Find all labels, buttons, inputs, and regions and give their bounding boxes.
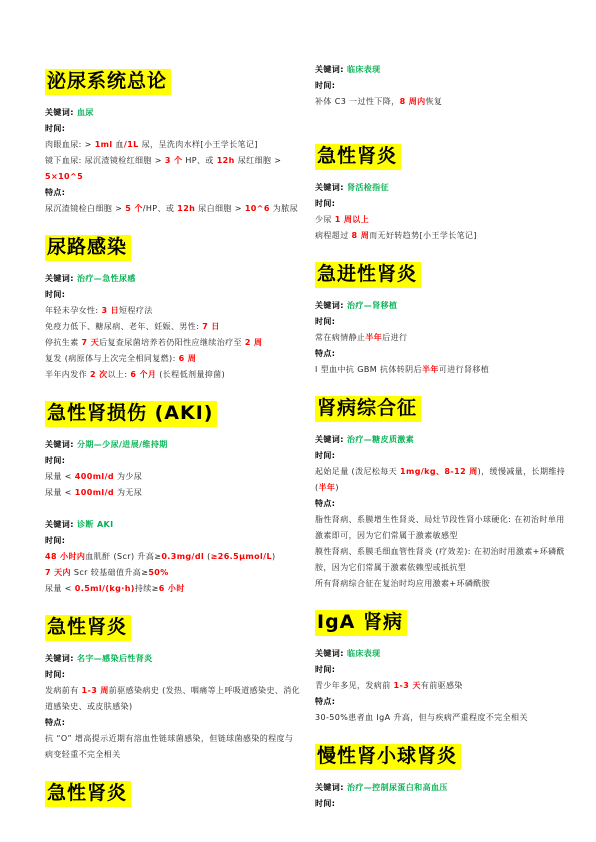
text-segment-red: 1-3 天 bbox=[394, 681, 421, 690]
text-segment: I 型血中抗 GBM 抗体转阴后 bbox=[315, 365, 422, 374]
note-line: 时间: bbox=[315, 662, 571, 678]
text-segment-green: 治疗—糖皮质激素 bbox=[347, 435, 414, 444]
section-heading-highlight: 急性肾损伤 (AKI) bbox=[45, 401, 217, 427]
section-heading: 急性肾炎 bbox=[315, 144, 571, 170]
text-segment-red: 10^6 bbox=[245, 204, 270, 213]
text-segment-green: 治疗—控制尿蛋白和高血压 bbox=[347, 783, 448, 792]
text-segment-red: 6 小时 bbox=[159, 584, 185, 593]
text-segment-label: 关键词: bbox=[45, 520, 77, 529]
section-heading-highlight: 急性肾炎 bbox=[45, 781, 131, 807]
text-segment: 病程超过 bbox=[315, 231, 352, 240]
section-heading: 急进性肾炎 bbox=[315, 262, 571, 288]
text-segment-red: 5 个 bbox=[125, 204, 143, 213]
note-line: 关键词: 临床表现 bbox=[315, 62, 571, 78]
text-segment-label: 时间: bbox=[315, 199, 335, 208]
text-segment-red: 6 个月 bbox=[130, 370, 156, 379]
text-segment-green: 临床表现 bbox=[347, 65, 381, 74]
note-line: 停抗生素 7 天后复查尿菌培养若仍阳性应继续治疗至 2 周 bbox=[45, 335, 301, 351]
text-segment-label: 关键词: bbox=[45, 108, 77, 117]
text-segment: 停抗生素 bbox=[45, 338, 82, 347]
text-segment-label: 时间: bbox=[315, 451, 335, 460]
text-segment-label: 关键词: bbox=[315, 65, 347, 74]
note-line: 发病前有 1-3 周前驱感染病史 (发热、咽痛等上呼吸道感染史、消化道感染史、或… bbox=[45, 683, 301, 715]
section-heading-highlight: 急性肾炎 bbox=[315, 144, 401, 170]
note-line: 半年内发作 2 次以上: 6 个月 (长程低剂量抑菌) bbox=[45, 367, 301, 383]
note-line: 特点: bbox=[315, 346, 571, 362]
section-heading-highlight: 肾病综合征 bbox=[315, 396, 421, 422]
text-segment-red: 1-3 周 bbox=[82, 686, 109, 695]
text-segment-red: 8 周 bbox=[352, 231, 370, 240]
text-segment-label: 关键词: bbox=[315, 435, 347, 444]
text-segment-label: 特点: bbox=[315, 697, 335, 706]
text-segment-label: 特点: bbox=[315, 499, 335, 508]
text-segment-green: 分期—少尿/进展/维持期 bbox=[77, 440, 168, 449]
text-segment-label: 特点: bbox=[45, 718, 65, 727]
text-segment-red: 50% bbox=[148, 568, 168, 577]
text-segment-label: 时间: bbox=[45, 670, 65, 679]
text-segment: 尿白细胞 > bbox=[195, 204, 245, 213]
text-segment: 肉眼血尿: > bbox=[45, 140, 95, 149]
note-line: 关键词: 血尿 bbox=[45, 105, 301, 121]
text-segment-red: 1mg/kg、8-12 周 bbox=[400, 467, 478, 476]
text-segment: 有前驱感染 bbox=[421, 681, 463, 690]
note-line: 尿沉渣镜检白细胞 > 5 个/HP、或 12h 尿白细胞 > 10^6 为脓尿 bbox=[45, 201, 301, 217]
note-line: 年轻未孕女性: 3 日短程疗法 bbox=[45, 303, 301, 319]
text-segment: 免疫力低下、糖尿病、老年、妊娠、男性: bbox=[45, 322, 202, 331]
note-line: 关键词: 肾活检指征 bbox=[315, 180, 571, 196]
section-heading: 泌尿系统总论 bbox=[45, 69, 301, 95]
text-segment-label: 时间: bbox=[45, 124, 65, 133]
note-line: 时间: bbox=[45, 287, 301, 303]
text-segment-green: 肾活检指征 bbox=[347, 183, 389, 192]
text-segment-label: 特点: bbox=[45, 188, 65, 197]
text-segment-red: 半年 bbox=[319, 483, 336, 492]
text-segment: 恢复 bbox=[426, 97, 443, 106]
text-segment: 尿，呈洗肉水样[小王学长笔记] bbox=[139, 140, 258, 149]
text-segment-red: 100ml/d bbox=[75, 488, 114, 497]
text-segment: ) bbox=[272, 552, 276, 561]
text-segment-red: 7 天内 bbox=[45, 568, 71, 577]
notes-page: 泌尿系统总论关键词: 血尿时间:肉眼血尿: > 1ml 血/1L 尿，呈洗肉水样… bbox=[0, 0, 596, 842]
text-segment: 脂性肾病、系膜增生性肾炎、局灶节段性肾小球硬化: 在初治时单用激素即可，因为它们… bbox=[315, 515, 565, 540]
text-segment-label: 时间: bbox=[45, 536, 65, 545]
section-heading-highlight: 泌尿系统总论 bbox=[45, 69, 171, 95]
text-segment-green: 临床表现 bbox=[347, 649, 381, 658]
note-line: 起始足量 (泼尼松每天 1mg/kg、8-12 周)，缓慢减量，长期维持 (半年… bbox=[315, 464, 571, 496]
note-line: 30-50%患者血 IgA 升高，但与疾病严重程度不完全相关 bbox=[315, 710, 571, 726]
text-segment-label: 时间: bbox=[315, 799, 335, 808]
text-segment: 尿量 < bbox=[45, 488, 75, 497]
text-segment-red: 2 周 bbox=[245, 338, 263, 347]
text-segment-label: 关键词: bbox=[315, 649, 347, 658]
note-line: 特点: bbox=[315, 496, 571, 512]
note-line: 时间: bbox=[315, 448, 571, 464]
note-line: 时间: bbox=[45, 533, 301, 549]
text-segment-red: 3 日 bbox=[101, 306, 119, 315]
text-segment: 而无好转趋势[小王学长笔记] bbox=[369, 231, 477, 240]
note-line: 尿量 < 400ml/d 为少尿 bbox=[45, 469, 301, 485]
note-line: I 型血中抗 GBM 抗体转阴后半年可进行肾移植 bbox=[315, 362, 571, 378]
text-segment: 抗 “O” 增高提示近期有溶血性链球菌感染，但链球菌感染的程度与病变轻重不完全相… bbox=[45, 734, 293, 759]
text-segment: 30-50%患者血 IgA 升高，但与疾病严重程度不完全相关 bbox=[315, 713, 528, 722]
notes-columns: 泌尿系统总论关键词: 血尿时间:肉眼血尿: > 1ml 血/1L 尿，呈洗肉水样… bbox=[0, 0, 596, 817]
section-heading: 急性肾炎 bbox=[45, 781, 301, 807]
text-segment-red: /1L bbox=[124, 140, 139, 149]
text-segment-green: 血尿 bbox=[77, 108, 94, 117]
note-line: 时间: bbox=[315, 196, 571, 212]
text-segment-label: 关键词: bbox=[45, 274, 77, 283]
text-segment-red: ≥26.5μmol/L bbox=[211, 552, 272, 561]
text-segment: 少尿 bbox=[315, 215, 335, 224]
text-segment-label: 时间: bbox=[45, 456, 65, 465]
note-line: 复发 (病原体与上次完全相同复燃): 6 周 bbox=[45, 351, 301, 367]
note-line: 7 天内 Scr 较基础值升高≥50% bbox=[45, 565, 301, 581]
text-segment: 血肌酐 (Scr) 升高≥ bbox=[85, 552, 161, 561]
text-segment: 常在病情静止 bbox=[315, 333, 365, 342]
section-heading-highlight: 慢性肾小球肾炎 bbox=[315, 744, 461, 770]
note-line: 关键词: 治疗—控制尿蛋白和高血压 bbox=[315, 780, 571, 796]
text-segment-red: 48 小时内 bbox=[45, 552, 85, 561]
text-segment-red: 7 日 bbox=[202, 322, 220, 331]
note-line: 少尿 1 周以上 bbox=[315, 212, 571, 228]
note-line: 关键词: 治疗—糖皮质激素 bbox=[315, 432, 571, 448]
text-segment: 镜下血尿: 尿沉渣镜检红细胞 > bbox=[45, 156, 165, 165]
note-line: 常在病情静止半年后进行 bbox=[315, 330, 571, 346]
note-line: 特点: bbox=[45, 185, 301, 201]
text-segment-red: 12h bbox=[217, 156, 235, 165]
text-segment-label: 时间: bbox=[315, 81, 335, 90]
text-segment: 以上: bbox=[108, 370, 131, 379]
text-segment: 起始足量 (泼尼松每天 bbox=[315, 467, 400, 476]
text-segment: 短程疗法 bbox=[119, 306, 153, 315]
text-segment-red: 0.3mg/dl bbox=[161, 552, 204, 561]
section-heading-highlight: 急进性肾炎 bbox=[315, 262, 421, 288]
note-line: 镜下血尿: 尿沉渣镜检红细胞 > 3 个 HP、或 12h 尿红细胞 > 5×1… bbox=[45, 153, 301, 185]
section-heading-highlight: 尿路感染 bbox=[45, 235, 131, 261]
text-segment-green: 治疗—肾移植 bbox=[347, 301, 397, 310]
text-segment-red: 1 周以上 bbox=[335, 215, 369, 224]
text-segment: 后进行 bbox=[382, 333, 407, 342]
text-segment-label: 关键词: bbox=[45, 654, 77, 663]
text-segment-label: 关键词: bbox=[45, 440, 77, 449]
note-line: 关键词: 诊断 AKI bbox=[45, 517, 301, 533]
text-segment-red: 半年 bbox=[422, 365, 439, 374]
text-segment: ) bbox=[335, 483, 339, 492]
text-segment: 为无尿 bbox=[114, 488, 142, 497]
text-segment-red: 半年 bbox=[365, 333, 382, 342]
note-line: 时间: bbox=[45, 453, 301, 469]
section-heading: 肾病综合征 bbox=[315, 396, 571, 422]
note-line: 免疫力低下、糖尿病、老年、妊娠、男性: 7 日 bbox=[45, 319, 301, 335]
text-segment: 年轻未孕女性: bbox=[45, 306, 101, 315]
text-segment-red: 5×10^5 bbox=[45, 172, 83, 181]
note-line: 所有肾病综合征在复治时均应用激素+环磷酰胺 bbox=[315, 576, 571, 592]
section-heading: IgA 肾病 bbox=[315, 610, 571, 636]
text-segment: (长程低剂量抑菌) bbox=[156, 370, 225, 379]
text-segment: 尿红细胞 > bbox=[235, 156, 282, 165]
text-segment-red: 3 个 bbox=[165, 156, 183, 165]
text-segment: 补体 C3 一过性下降， bbox=[315, 97, 400, 106]
blank-line bbox=[45, 501, 301, 517]
note-line: 特点: bbox=[315, 694, 571, 710]
section-heading: 尿路感染 bbox=[45, 235, 301, 261]
text-segment-red: 6 周 bbox=[179, 354, 197, 363]
text-segment: 可进行肾移植 bbox=[439, 365, 489, 374]
note-line: 时间: bbox=[45, 667, 301, 683]
note-line: 特点: bbox=[45, 715, 301, 731]
text-segment-label: 特点: bbox=[315, 349, 335, 358]
note-line: 膜性肾病、系膜毛细血管性肾炎 (疗效差): 在初治时用激素+环磷酰胺，因为它们常… bbox=[315, 544, 571, 576]
section-heading-highlight: IgA 肾病 bbox=[315, 610, 407, 636]
text-segment: 尿沉渣镜检白细胞 > bbox=[45, 204, 125, 213]
right-column: 关键词: 临床表现时间:补体 C3 一过性下降，8 周内恢复急性肾炎关键词: 肾… bbox=[315, 62, 571, 817]
text-segment-green: 诊断 AKI bbox=[77, 520, 114, 529]
note-line: 补体 C3 一过性下降，8 周内恢复 bbox=[315, 94, 571, 110]
note-line: 关键词: 名字—感染后性肾炎 bbox=[45, 651, 301, 667]
text-segment-label: 关键词: bbox=[315, 783, 347, 792]
text-segment: 青少年多见，发病前 bbox=[315, 681, 394, 690]
text-segment: 膜性肾病、系膜毛细血管性肾炎 (疗效差): 在初治时用激素+环磷酰胺，因为它们常… bbox=[315, 547, 565, 572]
text-segment-label: 关键词: bbox=[315, 183, 347, 192]
section-heading: 急性肾损伤 (AKI) bbox=[45, 401, 301, 427]
text-segment: 半年内发作 bbox=[45, 370, 90, 379]
text-segment-label: 时间: bbox=[315, 317, 335, 326]
note-line: 抗 “O” 增高提示近期有溶血性链球菌感染，但链球菌感染的程度与病变轻重不完全相… bbox=[45, 731, 301, 763]
note-line: 尿量 < 100ml/d 为无尿 bbox=[45, 485, 301, 501]
section-heading: 慢性肾小球肾炎 bbox=[315, 744, 571, 770]
note-line: 病程超过 8 周而无好转趋势[小王学长笔记] bbox=[315, 228, 571, 244]
text-segment-red: 1ml bbox=[95, 140, 113, 149]
note-line: 时间: bbox=[315, 78, 571, 94]
text-segment: 为脓尿 bbox=[270, 204, 298, 213]
text-segment: Scr 较基础值升高≥ bbox=[71, 568, 148, 577]
note-line: 关键词: 治疗—肾移植 bbox=[315, 298, 571, 314]
text-segment: 发病前有 bbox=[45, 686, 82, 695]
note-line: 时间: bbox=[45, 121, 301, 137]
text-segment: 所有肾病综合征在复治时均应用激素+环磷酰胺 bbox=[315, 579, 490, 588]
text-segment-red: 0.5ml/(kg·h) bbox=[75, 584, 135, 593]
text-segment-red: 400ml/d bbox=[75, 472, 114, 481]
section-heading: 急性肾炎 bbox=[45, 615, 301, 641]
section-heading-highlight: 急性肾炎 bbox=[45, 615, 131, 641]
note-line: 48 小时内血肌酐 (Scr) 升高≥0.3mg/dl (≥26.5μmol/L… bbox=[45, 549, 301, 565]
note-line: 关键词: 分期—少尿/进展/维持期 bbox=[45, 437, 301, 453]
text-segment: HP、或 bbox=[182, 156, 216, 165]
note-line: 关键词: 临床表现 bbox=[315, 646, 571, 662]
text-segment: 血 bbox=[113, 140, 124, 149]
blank-line bbox=[315, 110, 571, 126]
note-line: 肉眼血尿: > 1ml 血/1L 尿，呈洗肉水样[小王学长笔记] bbox=[45, 137, 301, 153]
text-segment-red: 8 周内 bbox=[400, 97, 426, 106]
note-line: 关键词: 治疗—急性尿感 bbox=[45, 271, 301, 287]
text-segment: 持续≥ bbox=[135, 584, 159, 593]
text-segment-green: 名字—感染后性肾炎 bbox=[77, 654, 153, 663]
note-line: 脂性肾病、系膜增生性肾炎、局灶节段性肾小球硬化: 在初治时单用激素即可，因为它们… bbox=[315, 512, 571, 544]
note-line: 时间: bbox=[315, 314, 571, 330]
note-line: 青少年多见，发病前 1-3 天有前驱感染 bbox=[315, 678, 571, 694]
text-segment-label: 时间: bbox=[45, 290, 65, 299]
text-segment-green: 治疗—急性尿感 bbox=[77, 274, 136, 283]
text-segment: 复发 (病原体与上次完全相同复燃): bbox=[45, 354, 179, 363]
text-segment: 后复查尿菌培养若仍阳性应继续治疗至 bbox=[99, 338, 245, 347]
text-segment: 为少尿 bbox=[114, 472, 142, 481]
text-segment-label: 时间: bbox=[315, 665, 335, 674]
text-segment-red: 12h bbox=[177, 204, 195, 213]
text-segment-label: 关键词: bbox=[315, 301, 347, 310]
note-line: 尿量 < 0.5ml/(kg·h)持续≥6 小时 bbox=[45, 581, 301, 597]
note-line: 时间: bbox=[315, 796, 571, 812]
text-segment-red: 2 次 bbox=[90, 370, 108, 379]
text-segment-red: 7 天 bbox=[82, 338, 100, 347]
text-segment: 尿量 < bbox=[45, 472, 75, 481]
text-segment: /HP、或 bbox=[143, 204, 177, 213]
text-segment: 尿量 < bbox=[45, 584, 75, 593]
left-column: 泌尿系统总论关键词: 血尿时间:肉眼血尿: > 1ml 血/1L 尿，呈洗肉水样… bbox=[45, 62, 301, 817]
